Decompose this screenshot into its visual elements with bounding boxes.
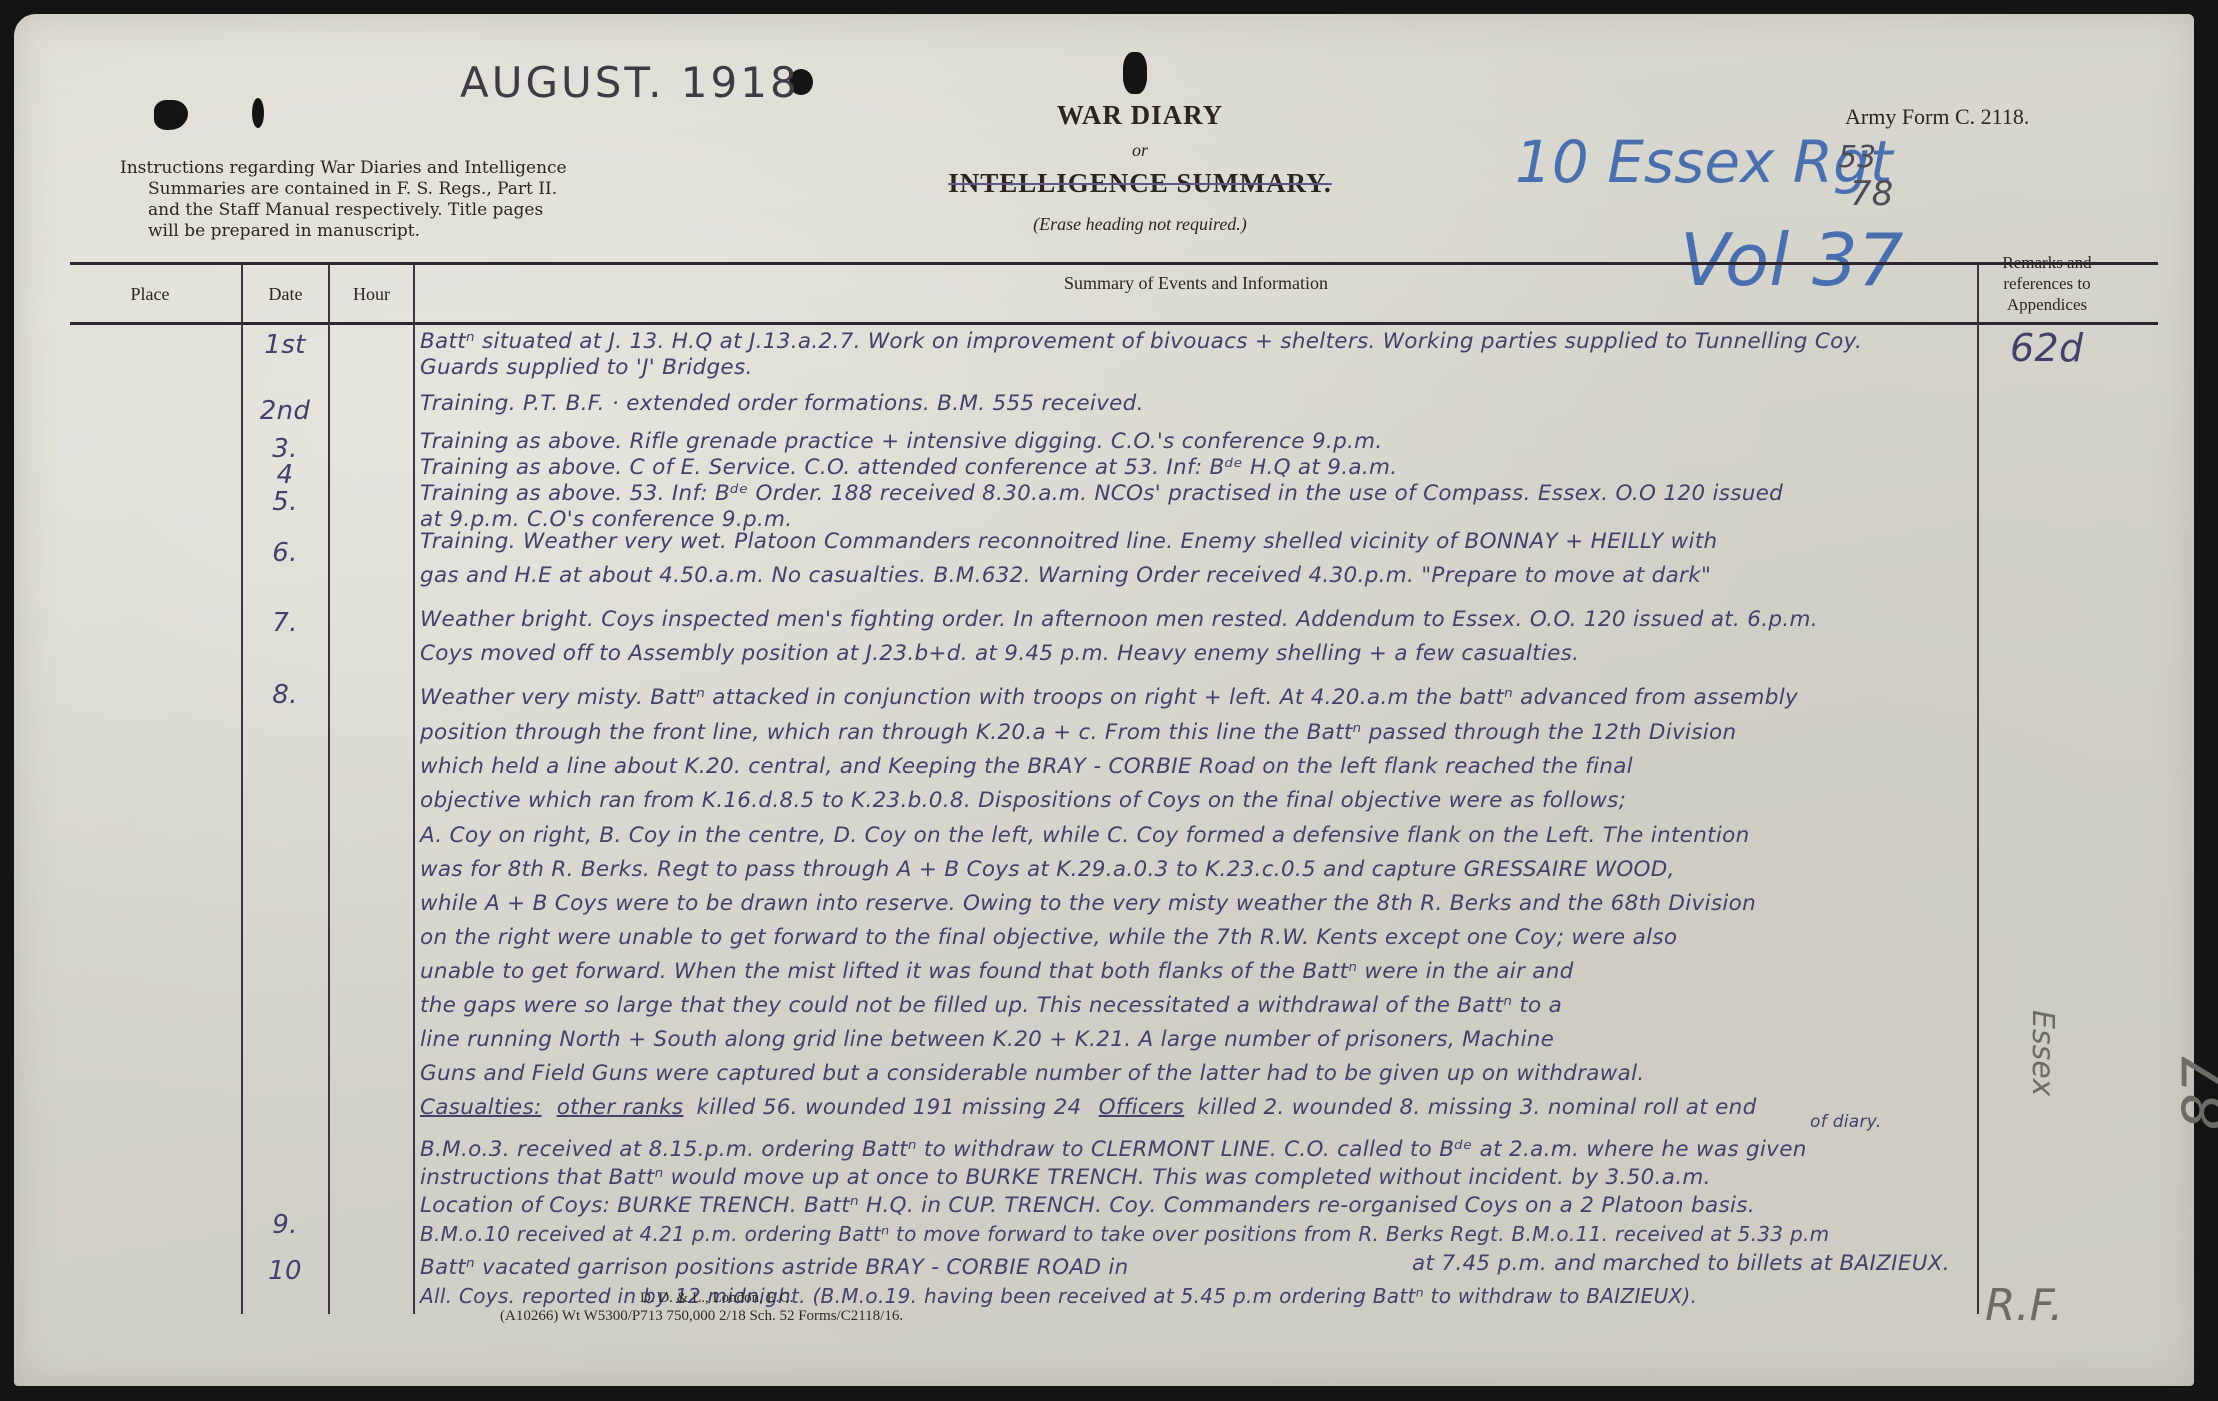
entry-line: line running North + South along grid li… <box>420 1026 1554 1054</box>
instructions-line: and the Staff Manual respectively. Title… <box>120 200 610 221</box>
entry-line: which held a line about K.20. central, a… <box>420 753 1633 781</box>
officers-figures: killed 2. wounded 8. missing 3. nominal … <box>1197 1095 1756 1120</box>
other-ranks-label: other ranks <box>557 1095 684 1120</box>
initials: R.F. <box>1985 1280 2063 1331</box>
column-divider <box>1977 264 1979 1314</box>
entry-line: All. Coys. reported in by 12 midnight. (… <box>420 1282 1697 1310</box>
entry-line: Weather bright. Coys inspected men's fig… <box>420 606 1818 634</box>
entry-line: unable to get forward. When the mist lif… <box>420 958 1574 986</box>
remarks-header-line: Appendices <box>1982 294 2112 315</box>
margin-pencil-note: Essex <box>2025 1010 2060 1096</box>
entry-date: 5. <box>230 487 340 517</box>
column-divider <box>413 264 415 1314</box>
entry-line: objective which ran from K.16.d.8.5 to K… <box>420 787 1626 815</box>
entry-date: 2nd <box>230 396 340 426</box>
heading-note: (Erase heading not required.) <box>840 214 1440 235</box>
casualties-line: Casualties: other ranks killed 56. wound… <box>420 1094 1757 1122</box>
table-header-rule <box>70 322 2158 325</box>
entry-line: Location of Coys: BURKE TRENCH. Battⁿ H.… <box>420 1192 1755 1220</box>
column-header-remarks: Remarks and references to Appendices <box>1982 252 2112 315</box>
entry-date: 8. <box>230 680 340 710</box>
instructions-line: Summaries are contained in F. S. Regs., … <box>120 179 610 200</box>
printer-imprint: D. D. & L., London, E.C. <box>640 1290 793 1307</box>
entry-date: 9. <box>230 1210 340 1240</box>
entry-line: Training as above. 53. Inf: Bᵈᵉ Order. 1… <box>420 480 1783 508</box>
entry-date: 4 <box>230 460 340 490</box>
entry-line: Training as above. C of E. Service. C.O.… <box>420 454 1397 482</box>
entry-line: Weather very misty. Battⁿ attacked in co… <box>420 684 1798 712</box>
entry-line: at 7.45 p.m. and marched to billets at B… <box>1412 1250 1950 1278</box>
entry-line: while A + B Coys were to be drawn into r… <box>420 890 1756 918</box>
struck-heading: INTELLIGENCE SUMMARY. <box>840 168 1440 199</box>
instructions-line: will be prepared in manuscript. <box>120 221 610 242</box>
entry-line: the gaps were so large that they could n… <box>420 992 1562 1020</box>
casualties-continuation: of diary. <box>1810 1112 1882 1132</box>
column-header-place: Place <box>90 284 210 305</box>
officers-label: Officers <box>1099 1095 1185 1120</box>
entry-date: 10 <box>230 1256 340 1286</box>
entry-date: 7. <box>230 608 340 638</box>
remarks-header-line: Remarks and <box>1982 252 2112 273</box>
entry-line: Training. Weather very wet. Platoon Comm… <box>420 528 1717 556</box>
entry-line: Guns and Field Guns were captured but a … <box>420 1060 1645 1088</box>
instructions-text: Instructions regarding War Diaries and I… <box>120 158 610 242</box>
instructions-line: Instructions regarding War Diaries and I… <box>120 158 610 179</box>
entry-line: Guards supplied to 'J' Bridges. <box>420 354 753 382</box>
remarks-reference: 62d <box>2010 326 2083 370</box>
entry-line: B.M.o.3. received at 8.15.p.m. ordering … <box>420 1136 1807 1164</box>
entry-line: Coys moved off to Assembly position at J… <box>420 640 1579 668</box>
entry-line: Training. P.T. B.F. · extended order for… <box>420 390 1144 418</box>
entry-line: was for 8th R. Berks. Regt to pass throu… <box>420 856 1675 884</box>
punch-hole <box>252 98 264 128</box>
ref-annotation-top: 53 <box>1838 140 1876 175</box>
other-ranks-figures: killed 56. wounded 191 missing 24 <box>697 1095 1082 1120</box>
entry-line: instructions that Battⁿ would move up at… <box>420 1164 1711 1192</box>
column-header-date: Date <box>243 284 328 305</box>
entry-line: position through the front line, which r… <box>420 719 1736 747</box>
entry-line: Battⁿ vacated garrison positions astride… <box>420 1254 1129 1282</box>
month-year-annotation: AUGUST. 1918 <box>460 58 800 107</box>
entry-line: on the right were unable to get forward … <box>420 924 1677 952</box>
entry-line: gas and H.E at about 4.50.a.m. No casual… <box>420 562 1711 590</box>
entry-date: 1st <box>230 330 340 360</box>
title-or: or <box>840 140 1440 161</box>
casualties-label: Casualties: <box>420 1095 542 1120</box>
punch-hole <box>154 100 188 130</box>
form-number: Army Form C. 2118. <box>1845 104 2029 130</box>
remarks-header-line: references to <box>1982 273 2112 294</box>
table-top-rule <box>70 262 2158 265</box>
ref-annotation-bottom: 78 <box>1850 174 1893 214</box>
entry-line: B.M.o.10 received at 4.21 p.m. ordering … <box>420 1220 1829 1248</box>
entry-line: Battⁿ situated at J. 13. H.Q at J.13.a.2… <box>420 328 1862 356</box>
unit-annotation: 10 Essex Rgt <box>1515 128 1893 196</box>
entry-date: 6. <box>230 538 340 568</box>
print-code: (A10266) Wt W5300/P713 750,000 2/18 Sch.… <box>500 1308 903 1325</box>
column-header-summary: Summary of Events and Information <box>415 273 1977 294</box>
page-number: 87 <box>2170 1056 2218 1130</box>
column-header-hour: Hour <box>330 284 413 305</box>
entry-line: A. Coy on right, B. Coy in the centre, D… <box>420 822 1750 850</box>
page-title: WAR DIARY <box>840 100 1440 131</box>
punch-hole <box>1123 52 1147 94</box>
entry-line: Training as above. Rifle grenade practic… <box>420 428 1383 456</box>
